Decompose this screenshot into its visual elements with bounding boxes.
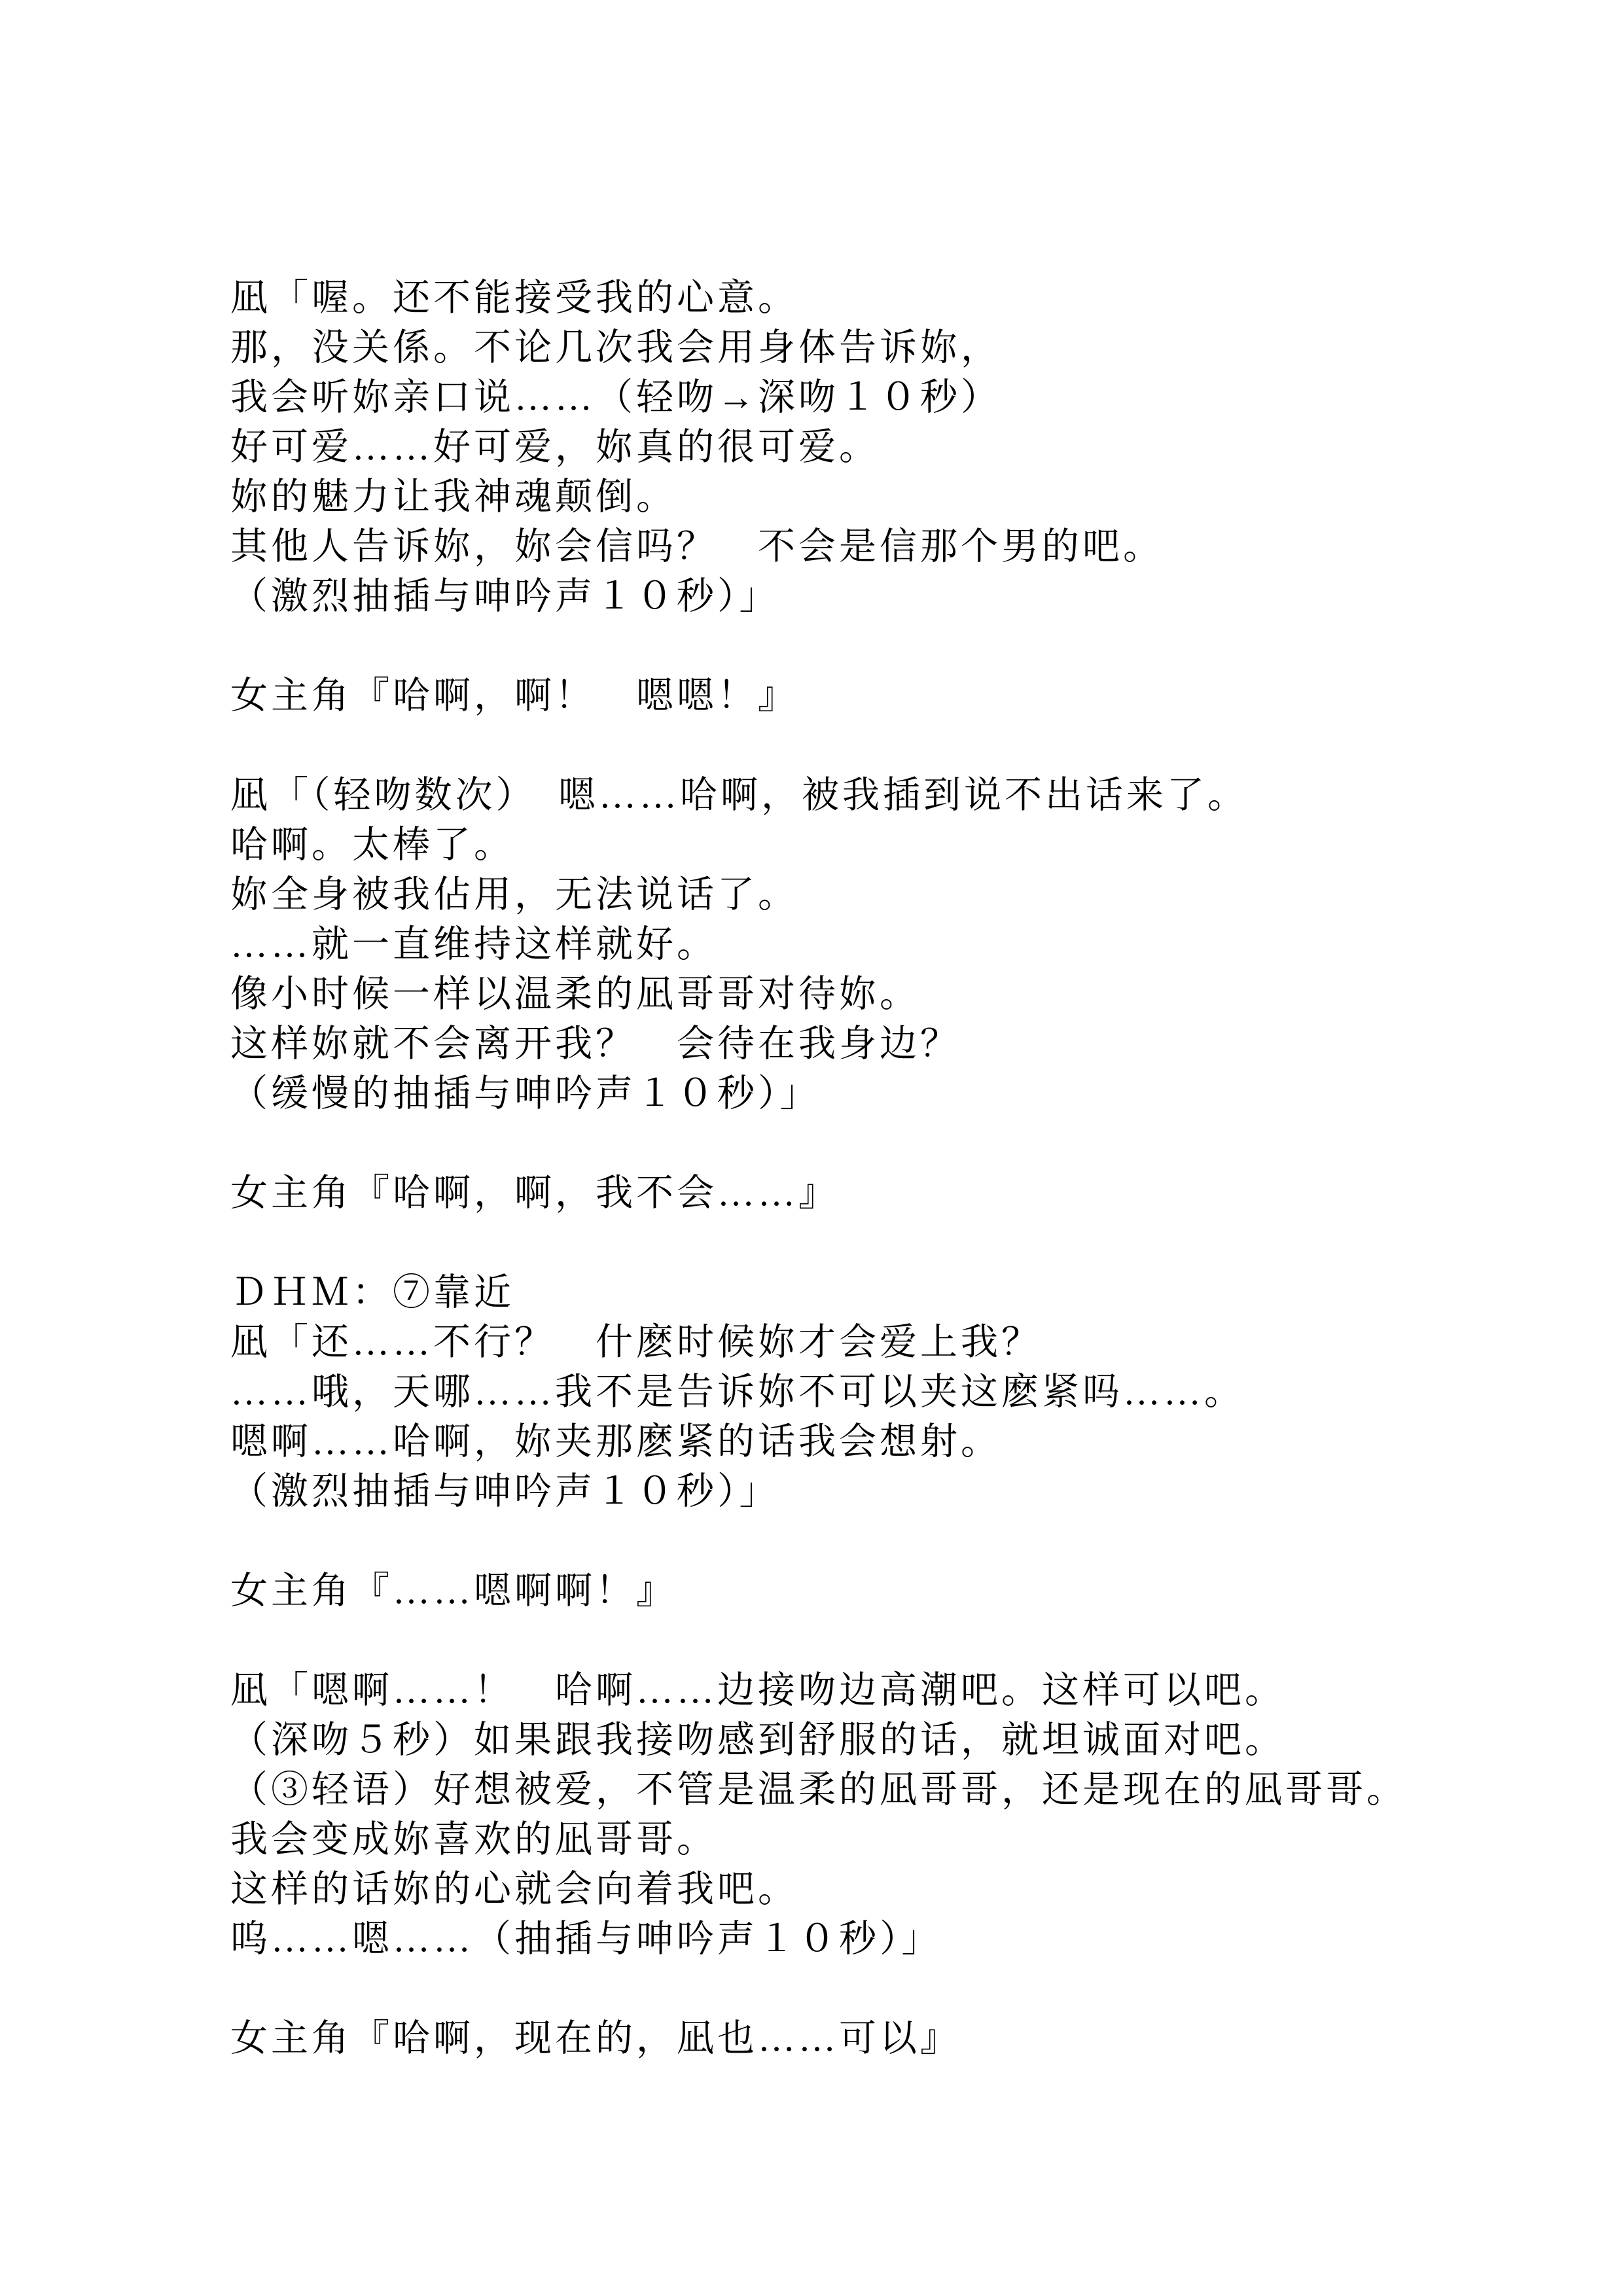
script-line: 凪「喔。还不能接受我的心意。 <box>230 274 1551 323</box>
script-line: （③轻语）好想被爱，不管是温柔的凪哥哥，还是现在的凪哥哥。 <box>230 1765 1551 1815</box>
script-line: 呜……嗯……（抽插与呻吟声１０秒）」 <box>230 1915 1551 1964</box>
script-line: 哈啊。太棒了。 <box>230 821 1551 870</box>
script-line: 妳全身被我佔用，无法说话了。 <box>230 870 1551 920</box>
script-line: ＤＨＭ：⑦靠近 <box>230 1268 1551 1318</box>
script-text-body: 凪「喔。还不能接受我的心意。那，没关係。不论几次我会用身体告诉妳，我会听妳亲口说… <box>230 274 1551 2064</box>
script-line: （激烈抽插与呻吟声１０秒）」 <box>230 1467 1551 1517</box>
script-line: 我会听妳亲口说……（轻吻→深吻１０秒） <box>230 373 1551 423</box>
script-line: 凪「嗯啊……！ 哈啊……边接吻边高潮吧。这样可以吧。 <box>230 1666 1551 1716</box>
dialogue-block: 女主角『哈啊，啊，我不会……』 <box>230 1169 1551 1218</box>
script-line: 女主角『哈啊，现在的，凪也……可以』 <box>230 2014 1551 2064</box>
script-line: 凪「还……不行？ 什麽时候妳才会爱上我？ <box>230 1318 1551 1368</box>
script-line: 妳的魅力让我神魂颠倒。 <box>230 472 1551 522</box>
dialogue-block: 女主角『哈啊，啊！ 嗯嗯！』 <box>230 671 1551 721</box>
document-page: 凪「喔。还不能接受我的心意。那，没关係。不论几次我会用身体告诉妳，我会听妳亲口说… <box>0 0 1623 2296</box>
script-line: 女主角『……嗯啊啊！』 <box>230 1566 1551 1616</box>
script-line: 像小时候一样以温柔的凪哥哥对待妳。 <box>230 970 1551 1019</box>
script-line: 我会变成妳喜欢的凪哥哥。 <box>230 1815 1551 1865</box>
dialogue-block: 女主角『……嗯啊啊！』 <box>230 1566 1551 1616</box>
dialogue-block: 女主角『哈啊，现在的，凪也……可以』 <box>230 2014 1551 2064</box>
script-line: 凪「（轻吻数次） 嗯……哈啊，被我插到说不出话来了。 <box>230 771 1551 821</box>
script-line: 好可爱……好可爱，妳真的很可爱。 <box>230 423 1551 472</box>
dialogue-block: 凪「喔。还不能接受我的心意。那，没关係。不论几次我会用身体告诉妳，我会听妳亲口说… <box>230 274 1551 622</box>
script-line: （激烈抽插与呻吟声１０秒）」 <box>230 572 1551 622</box>
script-line: 女主角『哈啊，啊，我不会……』 <box>230 1169 1551 1218</box>
dialogue-block: 凪「（轻吻数次） 嗯……哈啊，被我插到说不出话来了。哈啊。太棒了。妳全身被我佔用… <box>230 771 1551 1119</box>
dialogue-block: ＤＨＭ：⑦靠近凪「还……不行？ 什麽时候妳才会爱上我？……哦，天哪……我不是告诉… <box>230 1268 1551 1517</box>
script-line: 这样的话妳的心就会向着我吧。 <box>230 1865 1551 1915</box>
script-line: 那，没关係。不论几次我会用身体告诉妳， <box>230 323 1551 373</box>
script-line: ……就一直维持这样就好。 <box>230 920 1551 970</box>
script-line: 其他人告诉妳，妳会信吗？ 不会是信那个男的吧。 <box>230 522 1551 572</box>
dialogue-block: 凪「嗯啊……！ 哈啊……边接吻边高潮吧。这样可以吧。（深吻５秒）如果跟我接吻感到… <box>230 1666 1551 1964</box>
script-line: （缓慢的抽插与呻吟声１０秒）」 <box>230 1069 1551 1119</box>
script-line: （深吻５秒）如果跟我接吻感到舒服的话，就坦诚面对吧。 <box>230 1716 1551 1765</box>
script-line: ……哦，天哪……我不是告诉妳不可以夹这麽紧吗……。 <box>230 1368 1551 1417</box>
script-line: 这样妳就不会离开我？ 会待在我身边？ <box>230 1019 1551 1069</box>
script-line: 嗯啊……哈啊，妳夹那麽紧的话我会想射。 <box>230 1417 1551 1467</box>
script-line: 女主角『哈啊，啊！ 嗯嗯！』 <box>230 671 1551 721</box>
